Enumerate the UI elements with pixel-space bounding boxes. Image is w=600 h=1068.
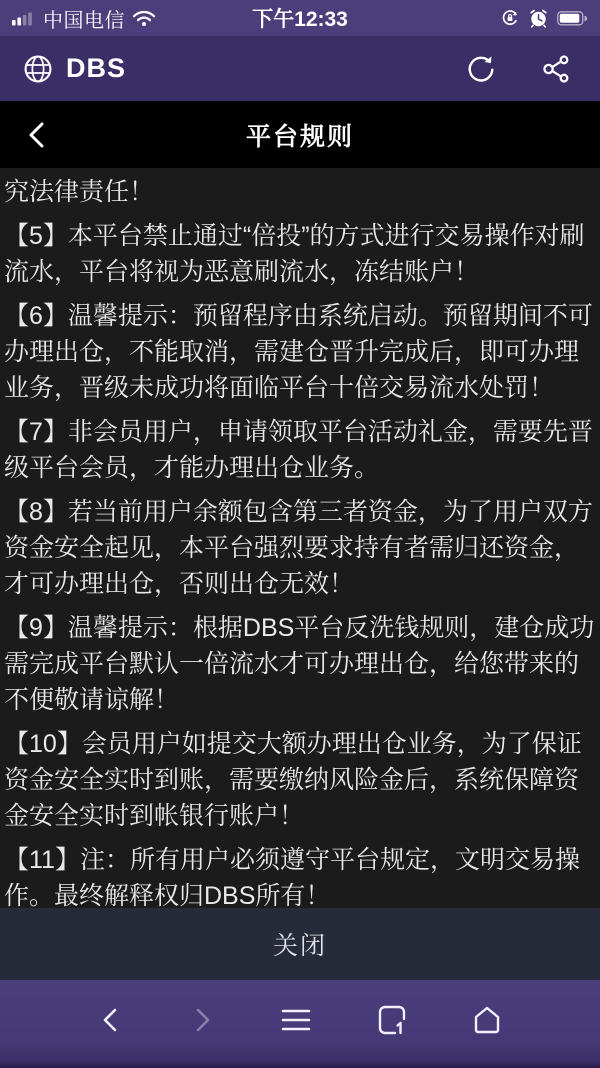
phone-screen: 中国电信 下午12:33	[0, 0, 600, 1068]
forward-icon	[187, 1004, 217, 1036]
nav-forward-button[interactable]	[181, 998, 223, 1042]
chevron-left-icon	[24, 118, 50, 152]
rule-paragraph: 【11】注：所有用户必须遵守平台规定，文明交易操作。最终解释权归DBS所有！	[4, 842, 596, 908]
back-button[interactable]	[16, 101, 58, 168]
rule-paragraph: 【8】若当前用户余额包含第三者资金，为了用户双方资金安全起见，本平台强烈要求持有…	[4, 494, 596, 602]
wifi-icon	[132, 9, 156, 27]
nav-tabs-button[interactable]	[369, 997, 415, 1043]
share-icon	[540, 53, 572, 85]
menu-icon	[279, 1005, 313, 1035]
nav-home-button[interactable]	[464, 997, 510, 1043]
refresh-icon	[464, 52, 498, 86]
status-right	[500, 8, 588, 29]
globe-icon	[22, 53, 54, 85]
rule-paragraph: 【5】本平台禁止通过“倍投”的方式进行交易操作对刷流水，平台将视为恶意刷流水，冻…	[4, 218, 596, 290]
browser-actions	[458, 46, 578, 92]
browser-title-bar: DBS	[0, 36, 600, 101]
home-icon	[470, 1003, 504, 1037]
battery-icon	[557, 11, 588, 26]
site-title-area: DBS	[22, 53, 458, 85]
site-name: DBS	[66, 53, 126, 84]
close-button[interactable]: 关闭	[0, 908, 600, 980]
share-button[interactable]	[534, 47, 578, 91]
signal-icon	[12, 11, 36, 26]
close-bar: 关闭	[0, 908, 600, 980]
page-header: 平台规则	[0, 101, 600, 168]
rule-paragraph: 【6】温馨提示：预留程序由系统启动。预留期间不可办理出仓，不能取消，需建仓晋升完…	[4, 298, 596, 406]
page-title: 平台规则	[246, 117, 354, 153]
alarm-icon	[528, 8, 549, 29]
nav-menu-button[interactable]	[273, 999, 319, 1041]
rules-content[interactable]: 究法律责任！ 【5】本平台禁止通过“倍投”的方式进行交易操作对刷流水，平台将视为…	[0, 168, 600, 908]
carrier-label: 中国电信	[43, 4, 125, 33]
status-left: 中国电信	[12, 4, 156, 33]
browser-nav-bar	[0, 980, 600, 1068]
nav-back-button[interactable]	[90, 998, 132, 1042]
rule-paragraph: 【7】非会员用户，申请领取平台活动礼金，需要先晋级平台会员，才能办理出仓业务。	[4, 414, 596, 486]
rule-paragraph: 【10】会员用户如提交大额办理出仓业务，为了保证资金安全实时到账，需要缴纳风险金…	[4, 726, 596, 834]
status-bar: 中国电信 下午12:33	[0, 0, 600, 36]
rule-paragraph: 【9】温馨提示：根据DBS平台反洗钱规则，建仓成功需完成平台默认一倍流水才可办理…	[4, 610, 596, 718]
back-icon	[96, 1004, 126, 1036]
rotation-lock-icon	[500, 8, 520, 28]
rule-paragraph: 究法律责任！	[4, 174, 596, 210]
tabs-icon	[375, 1003, 409, 1037]
refresh-button[interactable]	[458, 46, 504, 92]
